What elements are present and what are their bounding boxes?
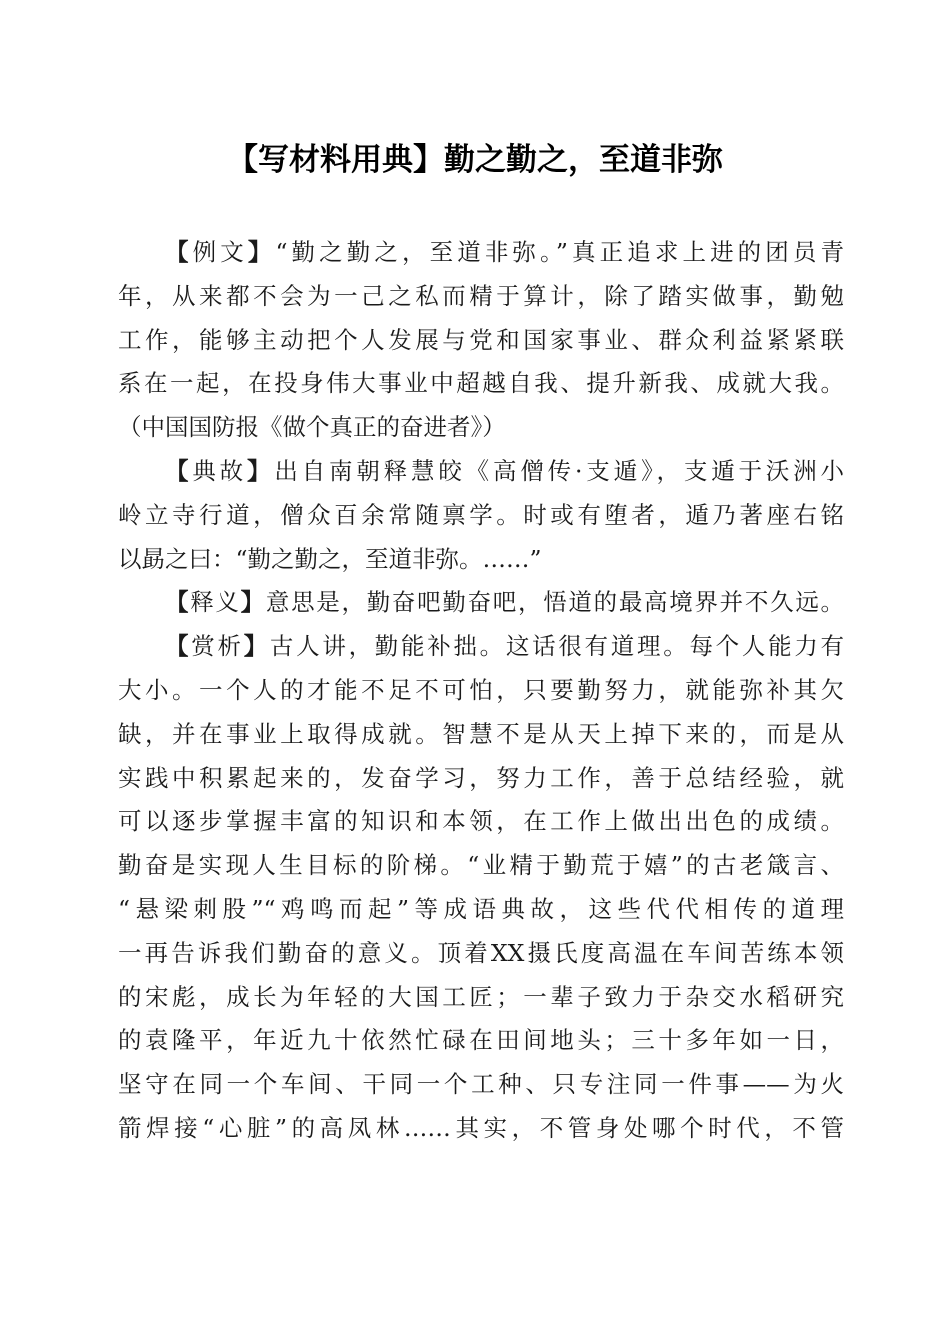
- paragraph-appreciation: 【赏析】古人讲，勤能补拙。这话很有道理。每个人能力有 大小。一个人的才能不足不可…: [118, 625, 844, 1151]
- document-body: 【例文】“勤之勤之，至道非弥。”真正追求上进的团员青 年，从来都不会为一己之私而…: [118, 231, 844, 1151]
- text-line: “悬梁刺股”“鸡鸣而起”等成语典故，这些代代相传的道理: [118, 888, 844, 932]
- text-line: 箭焊接“心脏”的高凤林……其实，不管身处哪个时代，不管: [118, 1107, 844, 1151]
- text-line: 坚守在同一个车间、干同一个工种、只专注同一件事——为火: [118, 1063, 844, 1107]
- label-close-bracket: 】: [247, 457, 274, 485]
- text-line: 的袁隆平，年近九十依然忙碌在田间地头；三十多年如一日，: [118, 1019, 844, 1063]
- paragraph-allusion: 【典故】出自南朝释慧皎《高僧传·支遁》，支遁于沃洲小 岭立寺行道，僧众百余常随禀…: [118, 450, 844, 581]
- text-line: 意思是，勤奋吧勤奋吧，悟道的最高境界并不久远。: [266, 588, 844, 616]
- text-line: 实践中积累起来的，发奋学习，努力工作，善于总结经验，就: [118, 757, 844, 801]
- paragraph-example: 【例文】“勤之勤之，至道非弥。”真正追求上进的团员青 年，从来都不会为一己之私而…: [118, 231, 844, 450]
- text-line: 缺，并在事业上取得成就。智慧不是从天上掉下来的，而是从: [118, 713, 844, 757]
- text-line: 古人讲，勤能补拙。这话很有道理。每个人能力有: [270, 632, 844, 660]
- label-open-bracket: 【: [165, 588, 190, 616]
- paragraph-label: 释义: [190, 588, 240, 616]
- text-line: 系在一起，在投身伟大事业中超越自我、提升新我、成就大我。: [118, 362, 844, 406]
- text-line: 年，从来都不会为一己之私而精于算计，除了踏实做事，勤勉: [118, 275, 844, 319]
- paragraph-label: 典故: [192, 457, 247, 485]
- document-title: 【写材料用典】勤之勤之，至道非弥: [0, 138, 950, 182]
- text-line: （中国国防报《做个真正的奋进者》）: [118, 406, 844, 450]
- text-line: 勤奋是实现人生目标的阶梯。“业精于勤荒于嬉”的古老箴言、: [118, 844, 844, 888]
- paragraph-first-line: 【赏析】古人讲，勤能补拙。这话很有道理。每个人能力有: [118, 625, 844, 669]
- text-line: 的宋彪，成长为年轻的大国工匠；一辈子致力于杂交水稻研究: [118, 976, 844, 1020]
- label-close-bracket: 】: [248, 238, 276, 266]
- label-close-bracket: 】: [244, 632, 270, 660]
- text-line: 可以逐步掌握丰富的知识和本领，在工作上做出出色的成绩。: [118, 800, 844, 844]
- text-line: 岭立寺行道，僧众百余常随禀学。时或有堕者，遁乃著座右铭: [118, 494, 844, 538]
- text-line: 一再告诉我们勤奋的意义。顶着XX摄氏度高温在车间苦练本领: [118, 932, 844, 976]
- text-line: 以勗之曰：“勤之勤之，至道非弥。……”: [118, 538, 844, 582]
- paragraph-first-line: 【例文】“勤之勤之，至道非弥。”真正追求上进的团员青: [118, 231, 844, 275]
- text-line: “勤之勤之，至道非弥。”真正追求上进的团员青: [275, 238, 844, 266]
- label-open-bracket: 【: [165, 457, 192, 485]
- paragraph-label: 赏析: [191, 632, 243, 660]
- text-line: 工作，能够主动把个人发展与党和国家事业、群众利益紧紧联: [118, 319, 844, 363]
- paragraph-first-line: 【典故】出自南朝释慧皎《高僧传·支遁》，支遁于沃洲小: [118, 450, 844, 494]
- text-line: 大小。一个人的才能不足不可怕，只要勤努力，就能弥补其欠: [118, 669, 844, 713]
- paragraph-interpretation: 【释义】意思是，勤奋吧勤奋吧，悟道的最高境界并不久远。: [118, 581, 844, 625]
- label-open-bracket: 【: [165, 238, 193, 266]
- text-line: 出自南朝释慧皎《高僧传·支遁》，支遁于沃洲小: [274, 457, 844, 485]
- label-open-bracket: 【: [165, 632, 191, 660]
- label-close-bracket: 】: [241, 588, 266, 616]
- paragraph-first-line: 【释义】意思是，勤奋吧勤奋吧，悟道的最高境界并不久远。: [118, 581, 844, 625]
- document-page: 【写材料用典】勤之勤之，至道非弥 【例文】“勤之勤之，至道非弥。”真正追求上进的…: [0, 0, 950, 1344]
- paragraph-label: 例文: [193, 238, 248, 266]
